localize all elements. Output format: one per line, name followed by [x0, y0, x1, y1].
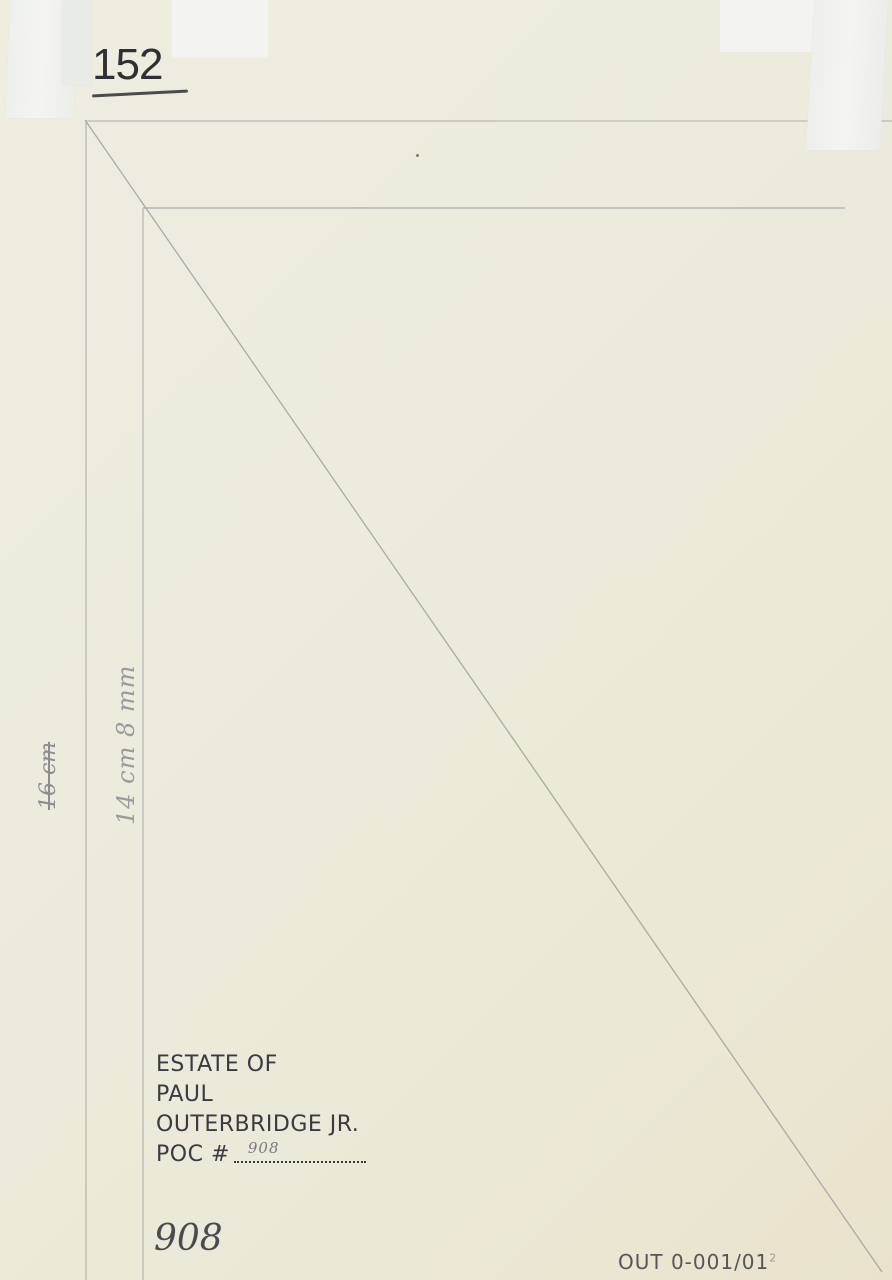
stamp-line-1: ESTATE OF — [156, 1050, 366, 1080]
paper-label-top-right — [720, 0, 814, 52]
tape-top-left-fold — [62, 0, 92, 85]
handwritten-number: 908 — [154, 1218, 223, 1259]
catalog-code-superscript: 2 — [769, 1251, 777, 1264]
stamp-line-2: PAUL — [156, 1080, 366, 1110]
paper-label-top-left — [172, 0, 268, 58]
measurement-note: 14 cm 8 mm — [112, 665, 140, 825]
poc-field: 908 — [234, 1141, 366, 1163]
speck — [416, 154, 419, 157]
struck-measurement-note: 16 cm — [36, 742, 61, 810]
poc-label: POC # — [156, 1142, 230, 1167]
catalog-code-main: OUT 0-001/01 — [618, 1250, 769, 1274]
catalog-code: OUT 0-001/012 — [618, 1250, 777, 1274]
stamp-poc-row: POC #908 — [156, 1140, 366, 1170]
mount-board: 152 14 cm 8 mm 16 cm ESTATE OF PAUL OUTE… — [0, 0, 892, 1280]
inventory-number: 152 — [92, 40, 162, 90]
poc-value: 908 — [248, 1133, 280, 1163]
crop-mark-lines — [0, 0, 892, 1280]
estate-stamp: ESTATE OF PAUL OUTERBRIDGE JR. POC #908 — [156, 1050, 366, 1170]
tape-top-right — [806, 0, 888, 150]
